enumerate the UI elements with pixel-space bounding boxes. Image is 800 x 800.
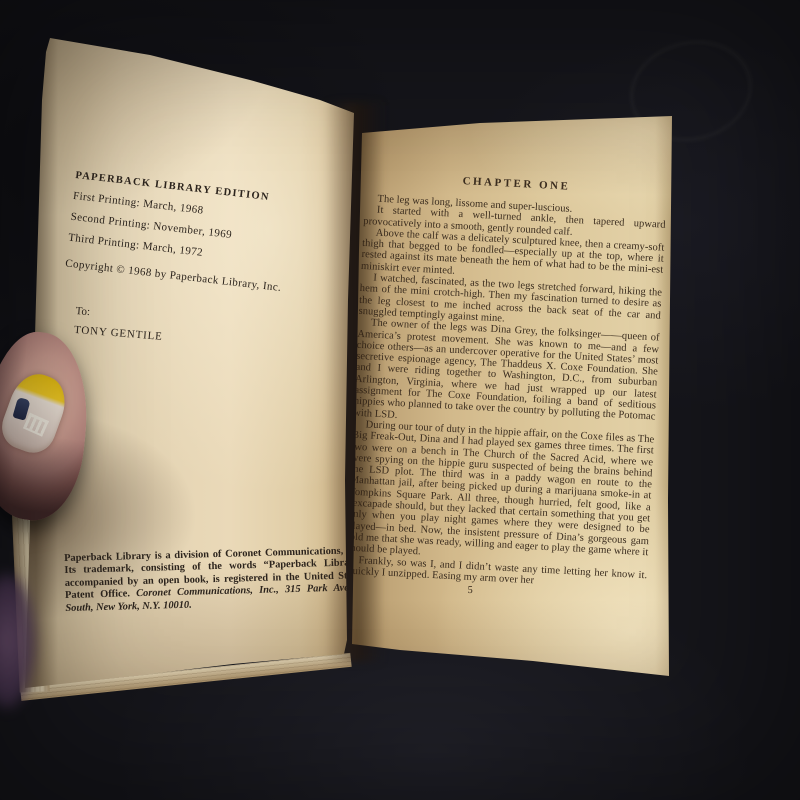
body-paragraph: The owner of the legs was Dina Grey, the… [353, 317, 660, 434]
body-paragraph: During our tour of duty in the hippie af… [346, 419, 655, 570]
chapter-title: CHAPTER ONE [365, 170, 667, 198]
dedication-label: To: [75, 306, 164, 324]
edition-block: PAPERBACK LIBRARY EDITION First Printing… [64, 170, 335, 309]
photo-of-open-paperback: PAPERBACK LIBRARY EDITION First Printing… [0, 0, 800, 800]
nail-art-columns [23, 413, 49, 437]
publisher-notice: Paperback Library is a division of Coron… [64, 545, 366, 615]
chapter-text-block: CHAPTER ONE The leg was long, lissome an… [344, 170, 668, 605]
